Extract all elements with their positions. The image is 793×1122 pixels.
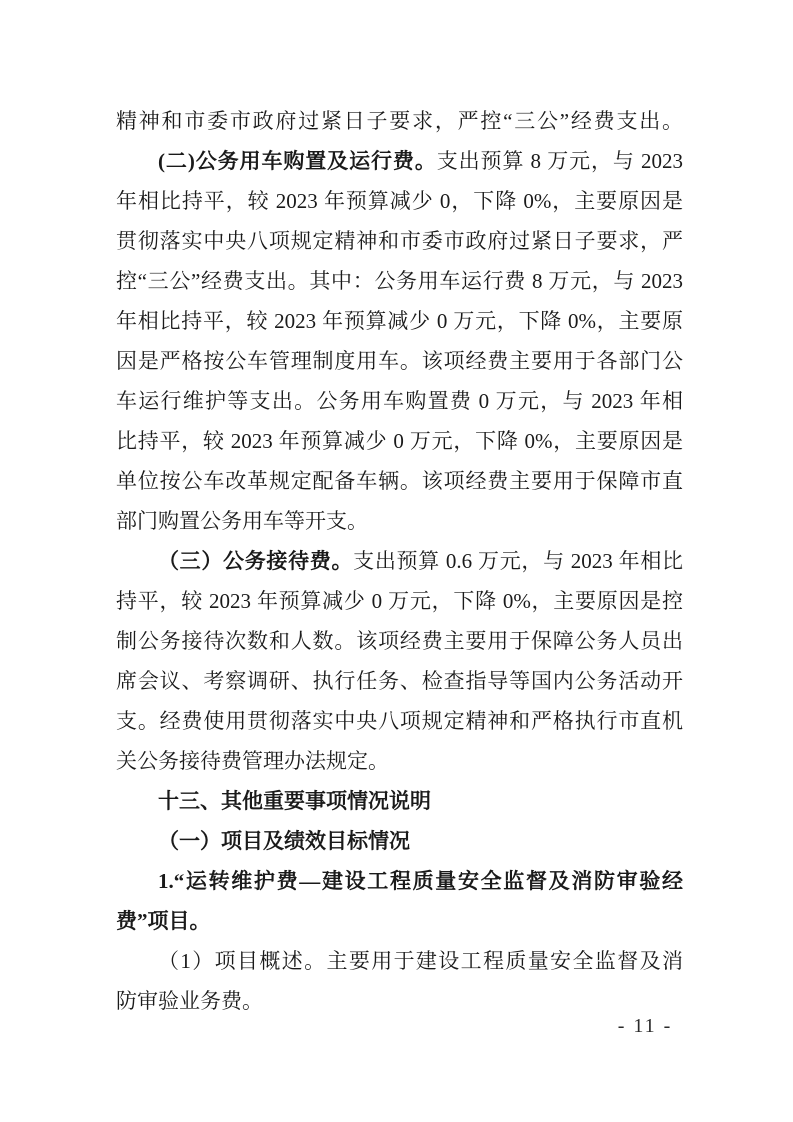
text-line: 部门购置公务用车等开支。 xyxy=(116,501,683,541)
text-segment: 车运行维护等支出。公务用车购置费 0 万元，与 2023 年相 xyxy=(116,389,683,413)
text-segment: 持平，较 2023 年预算减少 0 万元，下降 0%，主要原因是控 xyxy=(116,589,683,613)
text-segment: 因是严格按公车管理制度用车。该项经费主要用于各部门公 xyxy=(116,349,683,373)
text-line: 车运行维护等支出。公务用车购置费 0 万元，与 2023 年相 xyxy=(116,381,683,421)
text-line: 费”项目。 xyxy=(116,901,683,941)
text-segment-bold: 1.“运转维护费—建设工程质量安全监督及消防审验经 xyxy=(158,869,683,893)
text-line: 因是严格按公车管理制度用车。该项经费主要用于各部门公 xyxy=(116,341,683,381)
text-segment-bold: （三）公务接待费。 xyxy=(158,549,353,573)
text-line: 制公务接待次数和人数。该项经费主要用于保障公务人员出 xyxy=(116,621,683,661)
text-line: （一）项目及绩效目标情况 xyxy=(116,821,683,861)
document-body: 精神和市委市政府过紧日子要求，严控“三公”经费支出。(二)公务用车购置及运行费。… xyxy=(116,101,683,1021)
text-segment-bold: 费”项目。 xyxy=(116,909,211,933)
text-segment-bold: 十三、其他重要事项情况说明 xyxy=(158,789,431,813)
text-segment: 席会议、考察调研、执行任务、检查指导等国内公务活动开 xyxy=(116,669,683,693)
text-line: 控“三公”经费支出。其中：公务用车运行费 8 万元，与 2023 xyxy=(116,261,683,301)
text-line: 比持平，较 2023 年预算减少 0 万元，下降 0%，主要原因是 xyxy=(116,421,683,461)
text-line: 贯彻落实中央八项规定精神和市委市政府过紧日子要求，严 xyxy=(116,221,683,261)
text-segment: 贯彻落实中央八项规定精神和市委市政府过紧日子要求，严 xyxy=(116,229,683,253)
text-line: 1.“运转维护费—建设工程质量安全监督及消防审验经 xyxy=(116,861,683,901)
text-segment: 年相比持平，较 2023 年预算减少 0，下降 0%，主要原因是 xyxy=(116,189,683,213)
text-line: 十三、其他重要事项情况说明 xyxy=(116,781,683,821)
text-line: 单位按公车改革规定配备车辆。该项经费主要用于保障市直 xyxy=(116,461,683,501)
text-line: 支。经费使用贯彻落实中央八项规定精神和严格执行市直机 xyxy=(116,701,683,741)
text-segment: 部门购置公务用车等开支。 xyxy=(116,509,368,533)
text-line: 席会议、考察调研、执行任务、检查指导等国内公务活动开 xyxy=(116,661,683,701)
text-line: 年相比持平，较 2023 年预算减少 0，下降 0%，主要原因是 xyxy=(116,181,683,221)
text-segment: 支。经费使用贯彻落实中央八项规定精神和严格执行市直机 xyxy=(116,709,683,733)
text-line: 精神和市委市政府过紧日子要求，严控“三公”经费支出。 xyxy=(116,101,683,141)
text-segment-bold: （一）项目及绩效目标情况 xyxy=(158,829,410,853)
text-segment: 控“三公”经费支出。其中：公务用车运行费 8 万元，与 2023 xyxy=(116,269,683,293)
text-line: （1）项目概述。主要用于建设工程质量安全监督及消 xyxy=(116,941,683,981)
text-segment-bold: (二)公务用车购置及运行费。 xyxy=(158,149,437,173)
text-line: 防审验业务费。 xyxy=(116,981,683,1021)
text-line: (二)公务用车购置及运行费。支出预算 8 万元，与 2023 xyxy=(116,141,683,181)
text-segment: 比持平，较 2023 年预算减少 0 万元，下降 0%，主要原因是 xyxy=(116,429,683,453)
document-page: 精神和市委市政府过紧日子要求，严控“三公”经费支出。(二)公务用车购置及运行费。… xyxy=(0,0,793,1122)
text-segment: 支出预算 8 万元，与 2023 xyxy=(437,149,683,173)
text-segment: 年相比持平，较 2023 年预算减少 0 万元，下降 0%，主要原 xyxy=(116,309,683,333)
text-line: 持平，较 2023 年预算减少 0 万元，下降 0%，主要原因是控 xyxy=(116,581,683,621)
text-segment: 支出预算 0.6 万元，与 2023 年相比 xyxy=(353,549,683,573)
text-segment: 精神和市委市政府过紧日子要求，严控“三公”经费支出。 xyxy=(116,109,683,133)
text-segment: （1）项目概述。主要用于建设工程质量安全监督及消 xyxy=(158,949,683,973)
page-number: - 11 - xyxy=(600,1014,690,1038)
text-segment: 单位按公车改革规定配备车辆。该项经费主要用于保障市直 xyxy=(116,469,683,493)
text-segment: 制公务接待次数和人数。该项经费主要用于保障公务人员出 xyxy=(116,629,683,653)
text-line: 关公务接待费管理办法规定。 xyxy=(116,741,683,781)
text-segment: 关公务接待费管理办法规定。 xyxy=(116,749,389,773)
text-segment: 防审验业务费。 xyxy=(116,989,263,1013)
text-line: 年相比持平，较 2023 年预算减少 0 万元，下降 0%，主要原 xyxy=(116,301,683,341)
text-line: （三）公务接待费。支出预算 0.6 万元，与 2023 年相比 xyxy=(116,541,683,581)
